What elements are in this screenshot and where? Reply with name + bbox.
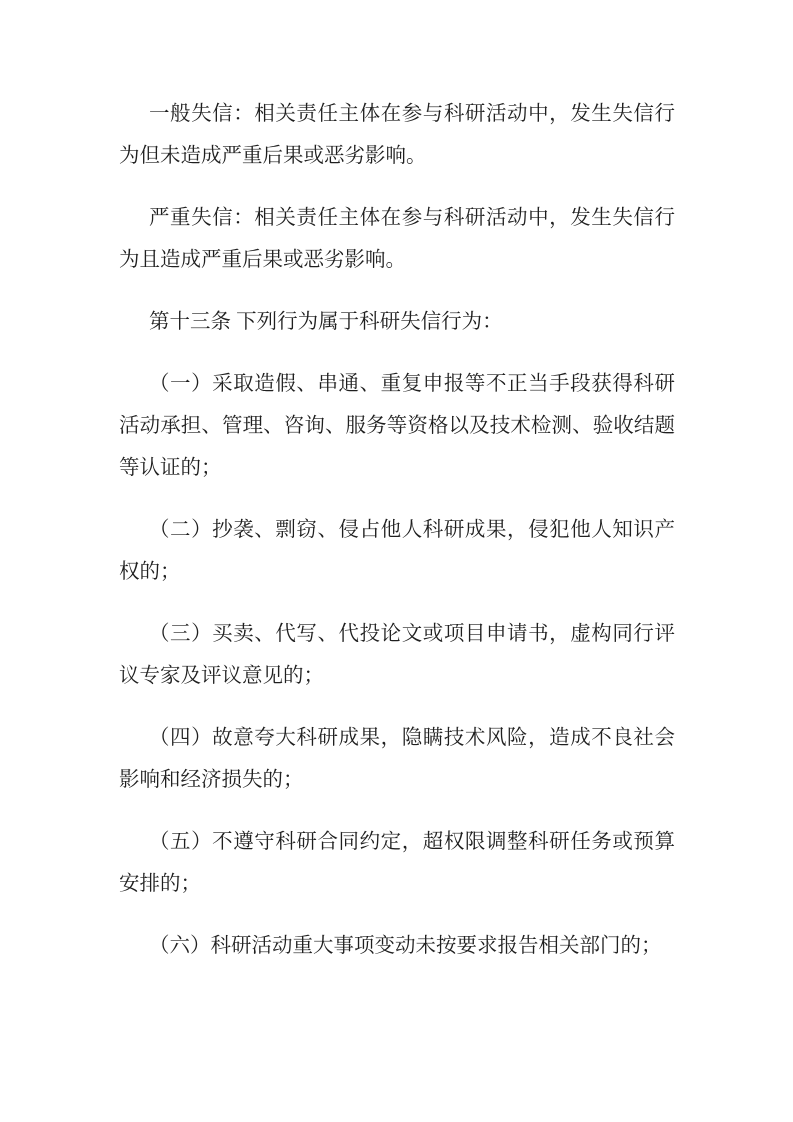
paragraph-item-6: （六）科研活动重大事项变动未按要求报告相关部门的；: [119, 925, 675, 967]
paragraph-item-1: （一）采取造假、串通、重复申报等不正当手段获得科研活动承担、管理、咨询、服务等资…: [119, 363, 675, 489]
document-body: 一般失信：相关责任主体在参与科研活动中，发生失信行为但未造成严重后果或恶劣影响。…: [119, 93, 675, 967]
paragraph-item-5: （五）不遵守科研合同约定，超权限调整科研任务或预算安排的；: [119, 821, 675, 905]
paragraph-general-dishonesty: 一般失信：相关责任主体在参与科研活动中，发生失信行为但未造成严重后果或恶劣影响。: [119, 93, 675, 177]
paragraph-serious-dishonesty: 严重失信：相关责任主体在参与科研活动中，发生失信行为且造成严重后果或恶劣影响。: [119, 197, 675, 281]
paragraph-item-4: （四）故意夸大科研成果，隐瞒技术风险，造成不良社会影响和经济损失的；: [119, 717, 675, 801]
document-page: 一般失信：相关责任主体在参与科研活动中，发生失信行为但未造成严重后果或恶劣影响。…: [0, 0, 793, 1122]
paragraph-article-13-heading: 第十三条 下列行为属于科研失信行为：: [119, 301, 675, 343]
paragraph-item-3: （三）买卖、代写、代投论文或项目申请书，虚构同行评议专家及评议意见的；: [119, 613, 675, 697]
paragraph-item-2: （二）抄袭、剽窃、侵占他人科研成果，侵犯他人知识产权的；: [119, 509, 675, 593]
